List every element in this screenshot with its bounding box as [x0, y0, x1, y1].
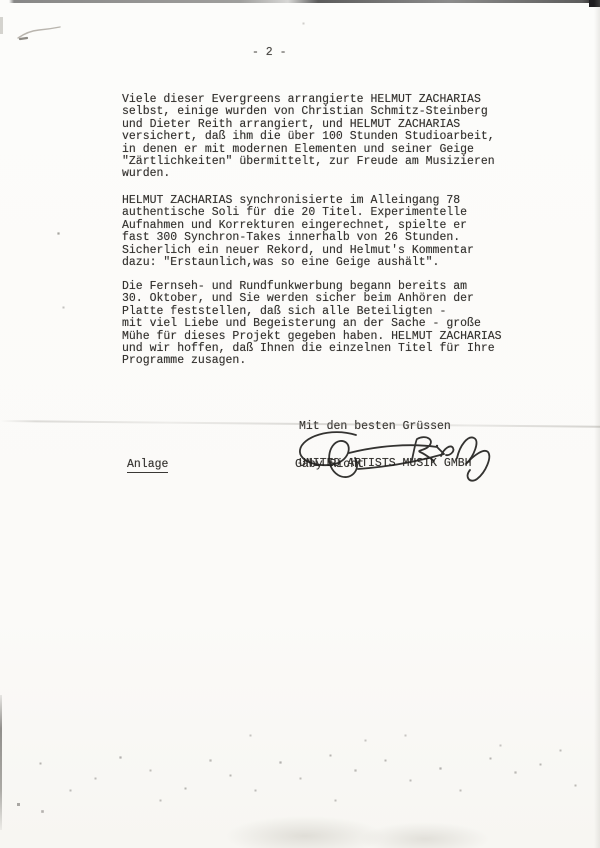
- page-number: - 2 -: [252, 47, 287, 59]
- enclosure-label: Anlage: [127, 459, 168, 473]
- scan-top-edge-artifact: [0, 0, 600, 3]
- scan-noise-speckles: [0, 0, 1, 1]
- handwritten-signature: [292, 424, 497, 488]
- paragraph-1: Viele dieser Evergreens arrangierte HELM…: [122, 94, 495, 181]
- scan-bottom-smudge: [360, 822, 490, 848]
- scan-left-edge-strip: [0, 695, 2, 830]
- pencil-mark: [12, 24, 72, 48]
- paragraph-2: HELMUT ZACHARIAS synchronisierte im Alle…: [122, 195, 474, 269]
- paper-right-edge-shadow: [594, 0, 600, 848]
- scanned-letter-page-2: - 2 - Viele dieser Evergreens arrangiert…: [0, 0, 600, 848]
- scan-left-edge-mark: [0, 17, 3, 34]
- paragraph-3: Die Fernseh- und Rundfunkwerbung begann …: [122, 281, 502, 368]
